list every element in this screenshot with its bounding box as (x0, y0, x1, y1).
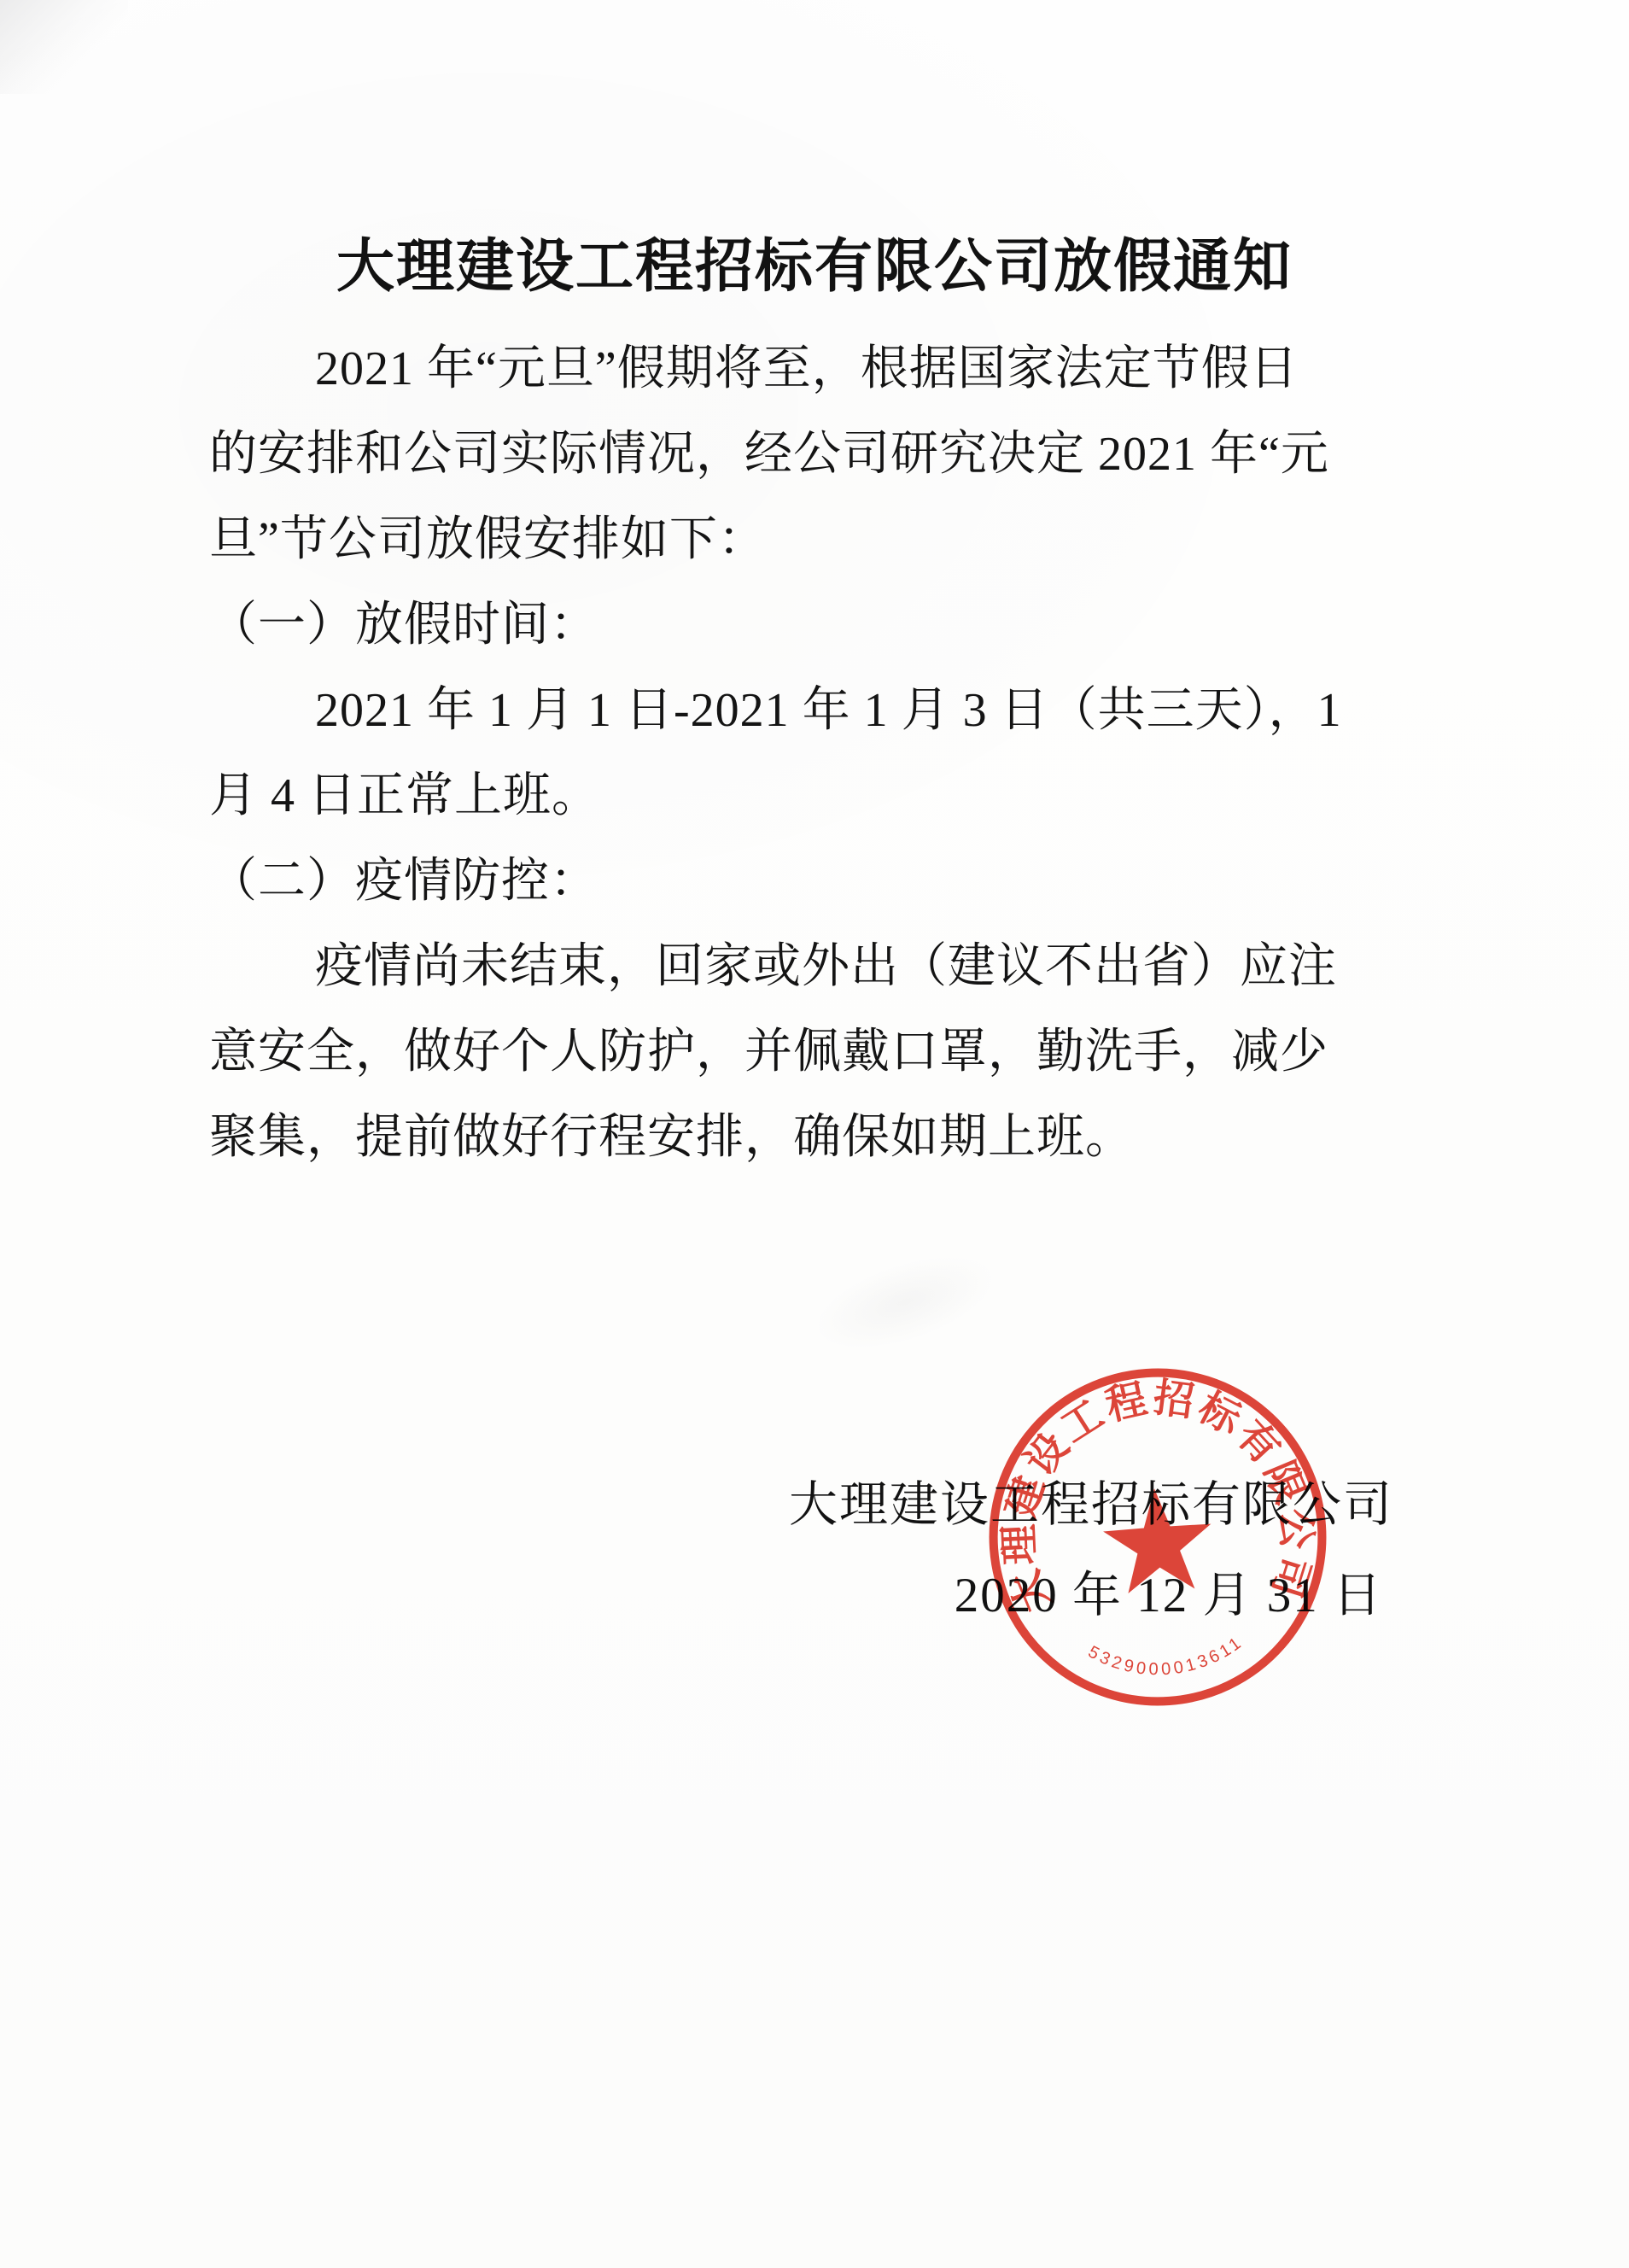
body-line: 聚集，提前做好行程安排，确保如期上班。 (209, 1095, 1422, 1180)
scan-corner-shadow (0, 0, 128, 94)
body-line: 2021 年 1 月 1 日-2021 年 1 月 3 日（共三天），1 (209, 668, 1422, 753)
document-page: 大理建设工程招标有限公司放假通知 2021 年“元旦”假期将至，根据国家法定节假… (0, 0, 1629, 2268)
body-line: 旦”节公司放假安排如下： (209, 497, 1422, 582)
body-line: 2021 年“元旦”假期将至，根据国家法定节假日 (209, 326, 1422, 412)
body-line-section-heading: （一）放假时间： (209, 582, 1422, 668)
body-line-section-heading: （二）疫情防控： (209, 839, 1422, 924)
scan-smudge (803, 1236, 1006, 1368)
body-line: 意安全，做好个人防护，并佩戴口罩，勤洗手，减少 (209, 1009, 1422, 1095)
body-line: 的安排和公司实际情况，经公司研究决定 2021 年“元 (209, 412, 1422, 497)
company-seal-graphic: 大理建设工程招标有限公司 5329000013611 (972, 1351, 1343, 1722)
notice-body: 2021 年“元旦”假期将至，根据国家法定节假日 的安排和公司实际情况，经公司研… (209, 326, 1422, 1180)
notice-title: 大理建设工程招标有限公司放假通知 (0, 220, 1629, 303)
signature-date: 2020 年 12 月 31 日 (955, 1556, 1383, 1626)
svg-text:5329000013611: 5329000013611 (1083, 1632, 1248, 1685)
body-line: 月 4 日正常上班。 (209, 753, 1422, 839)
company-seal: 大理建设工程招标有限公司 5329000013611 (972, 1351, 1343, 1722)
seal-serial-number: 5329000013611 (1083, 1632, 1248, 1685)
body-line: 疫情尚未结束，回家或外出（建议不出省）应注 (209, 924, 1422, 1009)
signature-company: 大理建设工程招标有限公司 (789, 1465, 1393, 1535)
seal-ring (983, 1362, 1334, 1713)
